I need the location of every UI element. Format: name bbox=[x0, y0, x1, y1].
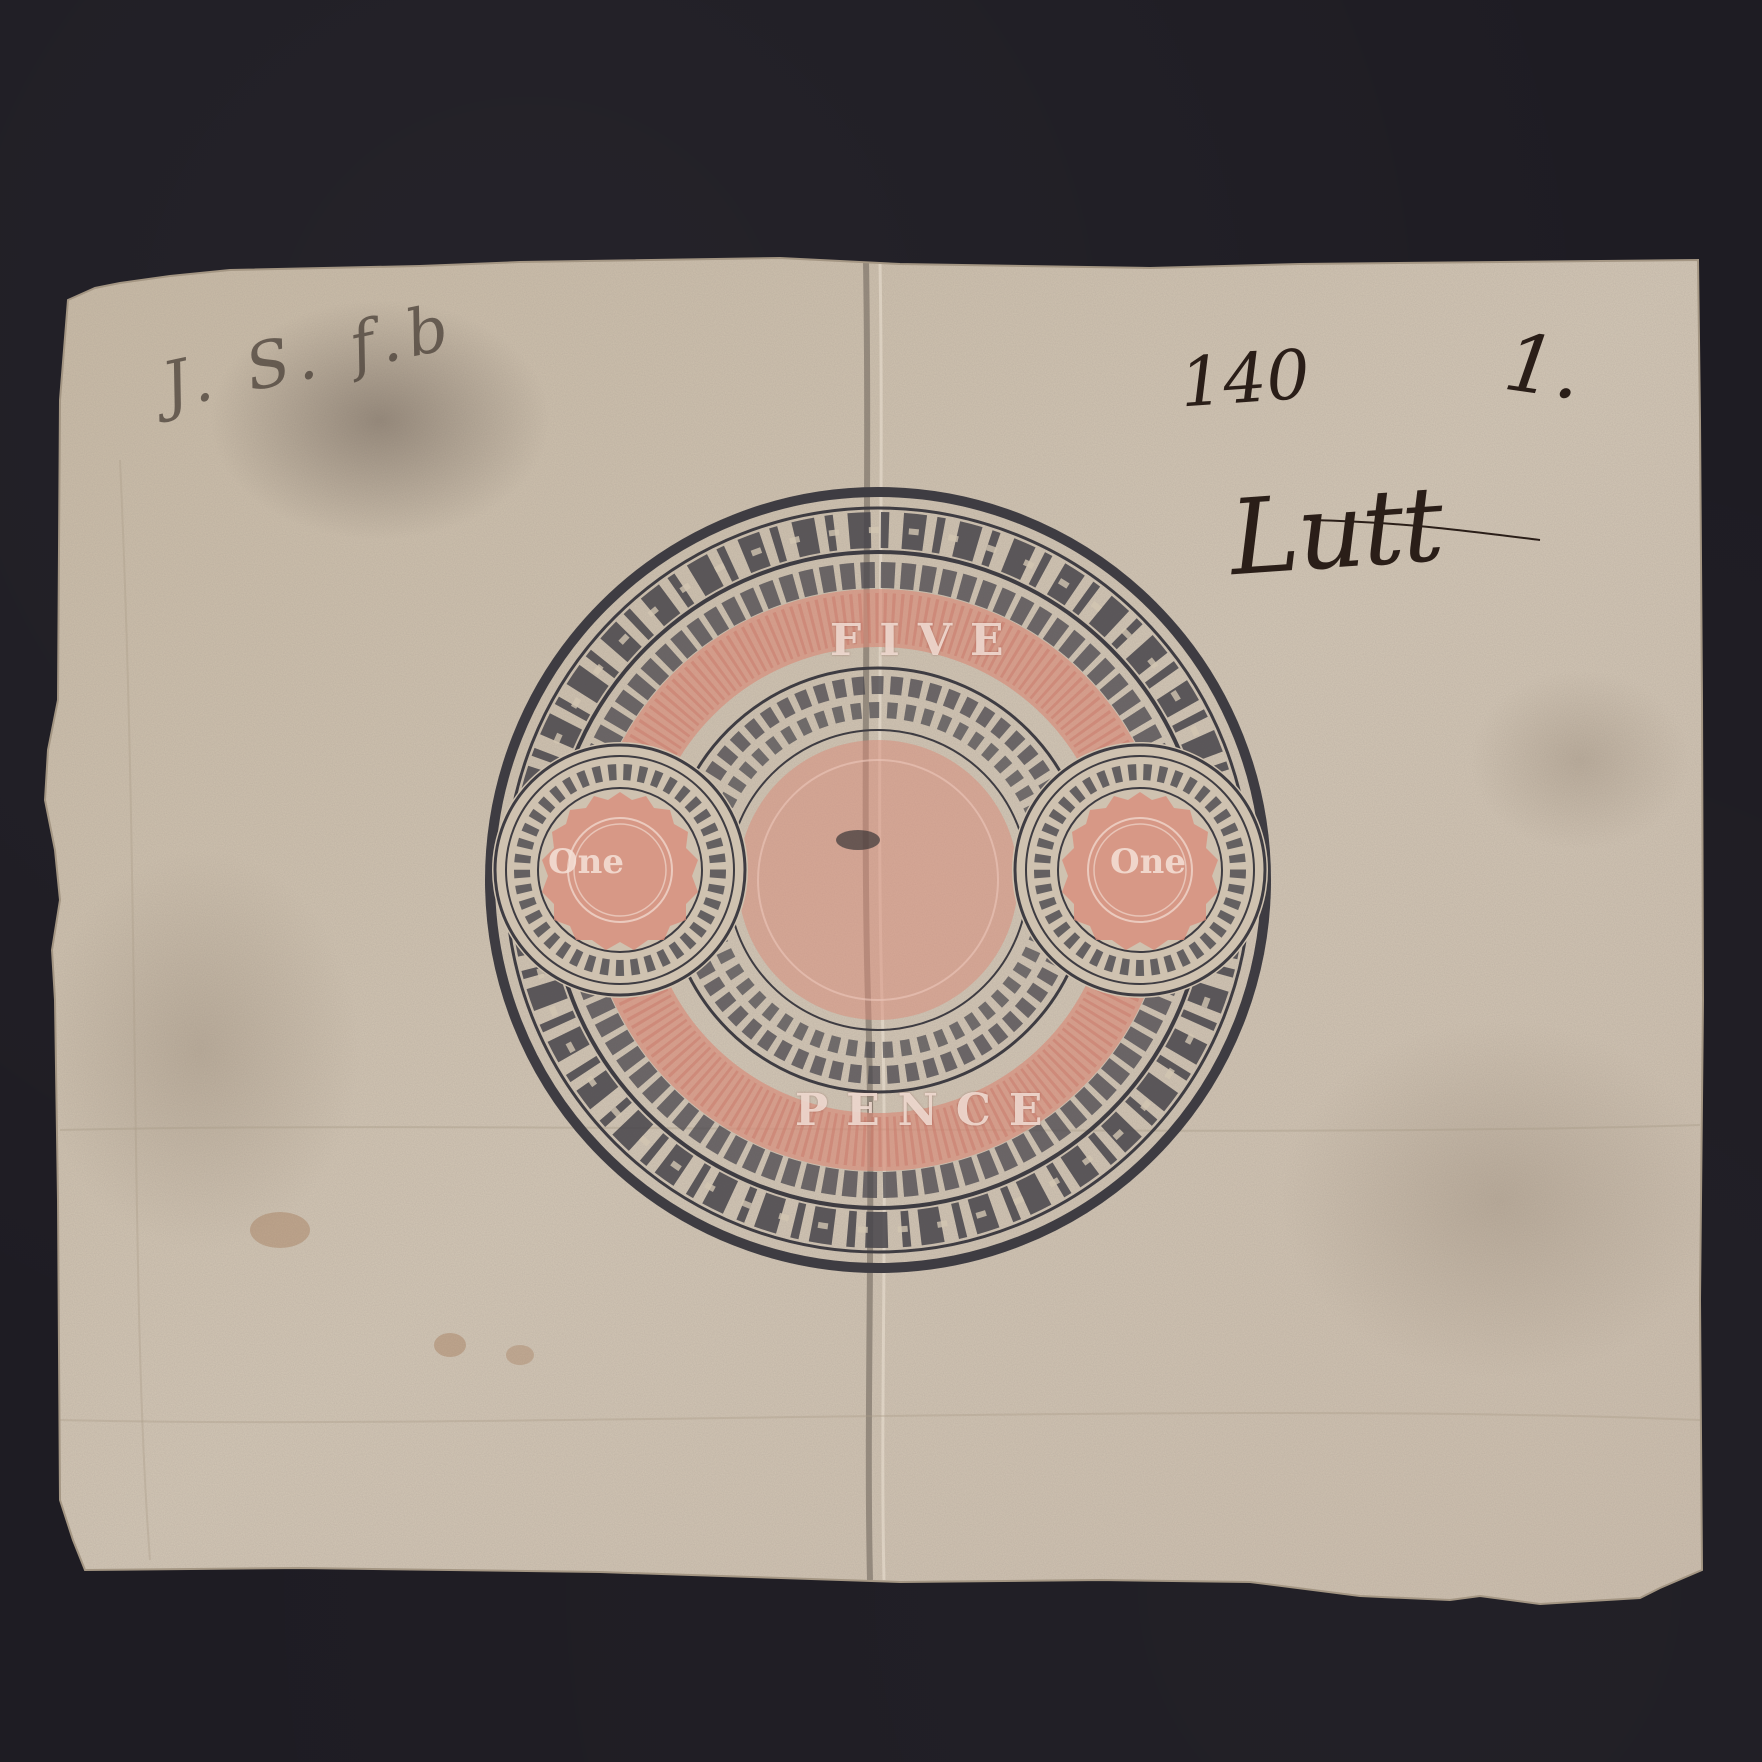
banknote-artwork bbox=[0, 0, 1762, 1762]
banknote: FIVE PENCE One One J. S. f.b 140 1. Lutt bbox=[0, 0, 1762, 1762]
right-medallion-text: One bbox=[1110, 842, 1186, 882]
roundel-top-text: FIVE bbox=[830, 615, 1022, 666]
handwritten-signature: Lutt bbox=[1226, 463, 1446, 599]
handwritten-number: 140 bbox=[1177, 336, 1312, 424]
roundel-bottom-text: PENCE bbox=[795, 1085, 1060, 1136]
left-medallion-text: One bbox=[548, 842, 624, 882]
handwritten-mark: 1. bbox=[1499, 315, 1588, 418]
